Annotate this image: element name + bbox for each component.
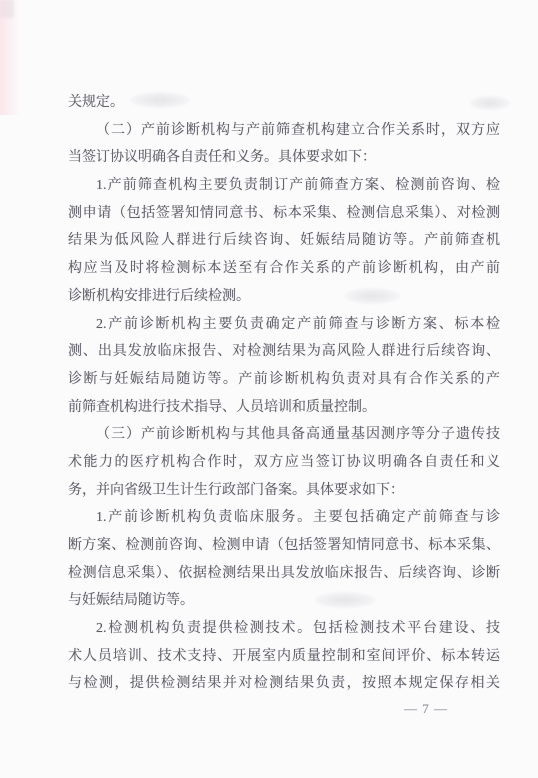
text-line: 与检测，提供检测结果并对检测结果负责，按照本规定保存相关 bbox=[68, 670, 500, 698]
text-line: 诊断机构安排进行后续检测。 bbox=[68, 283, 500, 311]
text-line: 2.产前诊断机构主要负责确定产前筛查与诊断方案、标本检 bbox=[68, 311, 500, 339]
text-line: 测申请（包括签署知情同意书、标本采集、检测信息采集）、对检测 bbox=[68, 200, 500, 228]
text-line: 务，并向省级卫生计生行政部门备案。具体要求如下： bbox=[68, 477, 500, 505]
text-line: 术人员培训、技术支持、开展室内质量控制和室间评价、标本转运 bbox=[68, 643, 500, 671]
text-line: 1.产前诊断机构负责临床服务。主要包括确定产前筛查与诊 bbox=[68, 504, 500, 532]
text-line: 断方案、检测前咨询、检测申请（包括签署知情同意书、标本采集、 bbox=[68, 532, 500, 560]
text-line: 构应当及时将检测标本送至有合作关系的产前诊断机构，由产前 bbox=[68, 255, 500, 283]
document-body-text: 关规定。（二）产前诊断机构与产前筛查机构建立合作关系时，双方应当签订协议明确各自… bbox=[68, 89, 500, 698]
scanned-document-page: 关规定。（二）产前诊断机构与产前筛查机构建立合作关系时，双方应当签订协议明确各自… bbox=[0, 0, 538, 778]
text-line: 检测信息采集）、依据检测结果出具发放临床报告、后续咨询、诊断 bbox=[68, 560, 500, 588]
text-line: 与妊娠结局随访等。 bbox=[68, 587, 500, 615]
text-line: （三）产前诊断机构与其他具备高通量基因测序等分子遗传技 bbox=[68, 421, 500, 449]
text-line: （二）产前诊断机构与产前筛查机构建立合作关系时，双方应 bbox=[68, 117, 500, 145]
text-line: 2.检测机构负责提供检测技术。包括检测技术平台建设、技 bbox=[68, 615, 500, 643]
text-line: 诊断与妊娠结局随访等。产前诊断机构负责对具有合作关系的产 bbox=[68, 366, 500, 394]
text-line: 前筛查机构进行技术指导、人员培训和质量控制。 bbox=[68, 394, 500, 422]
text-line: 当签订协议明确各自责任和义务。具体要求如下： bbox=[68, 144, 500, 172]
text-line: 术能力的医疗机构合作时，双方应当签订协议明确各自责任和义 bbox=[68, 449, 500, 477]
text-line: 结果为低风险人群进行后续咨询、妊娠结局随访等。产前筛查机 bbox=[68, 227, 500, 255]
text-line: 关规定。 bbox=[68, 89, 500, 117]
scan-edge-tint-artifact bbox=[0, 0, 20, 115]
page-number: — 7 — bbox=[404, 701, 466, 717]
text-line: 测、出具发放临床报告、对检测结果为高风险人群进行后续咨询、 bbox=[68, 338, 500, 366]
text-line: 1.产前筛查机构主要负责制订产前筛查方案、检测前咨询、检 bbox=[68, 172, 500, 200]
